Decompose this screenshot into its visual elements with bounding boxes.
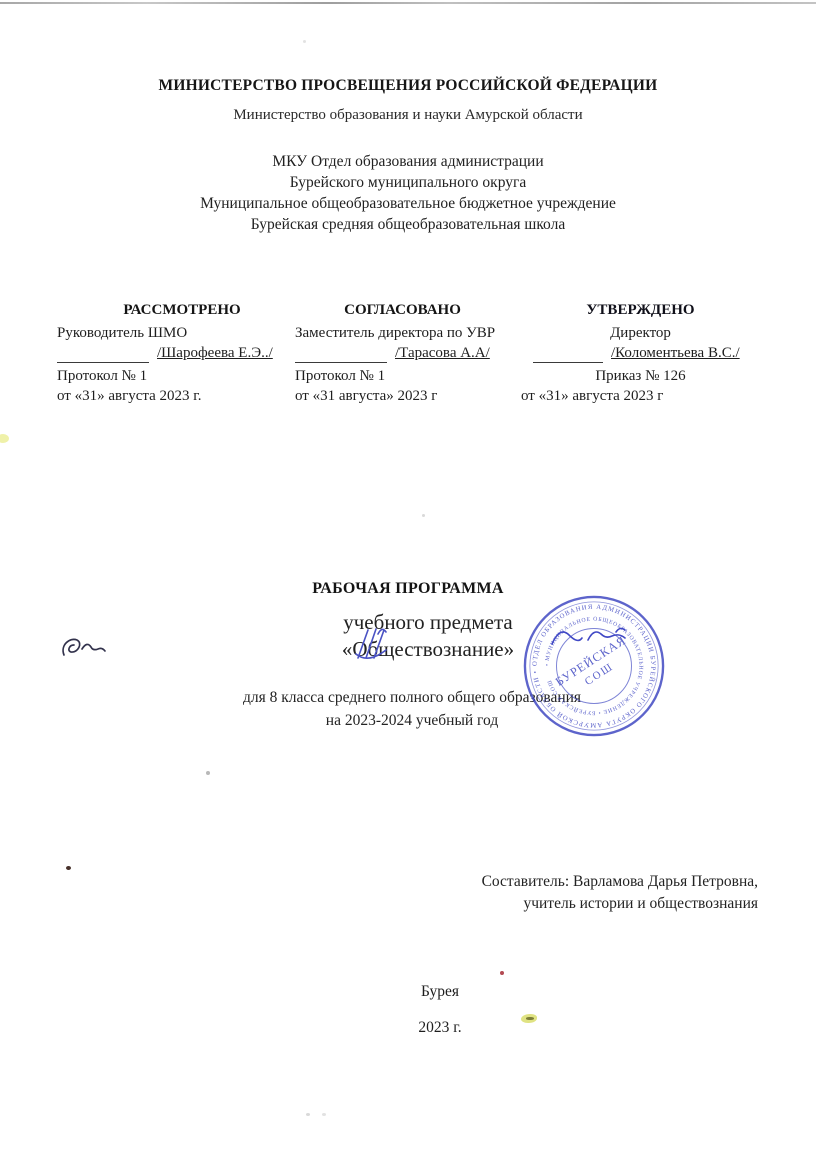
grade-line: для 8 класса среднего полного общего обр… <box>4 686 816 709</box>
scan-speck-faint-1 <box>306 1113 310 1116</box>
organization-block: МКУ Отдел образования администрации Буре… <box>0 151 816 235</box>
document-page: МИНИСТЕРСТВО ПРОСВЕЩЕНИЯ РОССИЙСКОЙ ФЕДЕ… <box>0 0 816 1162</box>
agreed-doc: Протокол № 1 <box>295 366 510 386</box>
composer-role-line: учитель истории и обществознания <box>482 893 758 915</box>
scan-speck-faint-3 <box>422 514 425 517</box>
approved-signature-row: /Коломентьева В.С./ <box>533 343 748 366</box>
approved-doc: Приказ № 126 <box>533 366 748 386</box>
approved-date: от «31» августа 2023 г <box>521 386 748 406</box>
school-year-line: на 2023-2024 учебный год <box>4 709 816 732</box>
footer-city: Бурея <box>32 983 816 1001</box>
agreed-date: от «31 августа» 2023 г <box>295 386 510 406</box>
approval-col-approved: УТВЕРЖДЕНО Директор /Коломентьева В.С./ … <box>533 300 748 406</box>
reviewed-date: от «31» августа 2023 г. <box>57 386 307 406</box>
agreed-signature-line <box>295 345 387 363</box>
reviewed-role: Руководитель ШМО <box>57 323 307 343</box>
agreed-signer-name: /Тарасова А.А/ <box>395 345 490 361</box>
agreed-signature-row: /Тарасова А.А/ <box>295 343 510 366</box>
reviewed-signer-name: /Шарофеева Е.Э../ <box>157 345 273 361</box>
scan-speck-red <box>500 971 504 975</box>
approved-signer-name: /Коломентьева В.С./ <box>611 345 740 361</box>
approved-signature-line <box>533 345 603 363</box>
org-line-4: Бурейская средняя общеобразовательная шк… <box>0 214 816 235</box>
scan-speck-gray <box>206 771 210 775</box>
approval-block: РАССМОТРЕНО Руководитель ШМО /Шарофеева … <box>0 300 816 420</box>
approved-heading: УТВЕРЖДЕНО <box>533 300 748 320</box>
agreed-role: Заместитель директора по УВР <box>295 323 510 343</box>
reviewed-doc: Протокол № 1 <box>57 366 307 386</box>
org-line-2: Бурейского муниципального округа <box>0 172 816 193</box>
scan-speck-yellow-core <box>526 1017 534 1020</box>
reviewed-heading: РАССМОТРЕНО <box>57 300 307 320</box>
approval-col-agreed: СОГЛАСОВАНО Заместитель директора по УВР… <box>295 300 510 406</box>
subject-line-2: «Обществознание» <box>20 636 816 663</box>
footer-year: 2023 г. <box>32 1019 816 1037</box>
scan-speck-faint-2 <box>322 1113 326 1116</box>
ministry-title: МИНИСТЕРСТВО ПРОСВЕЩЕНИЯ РОССИЙСКОЙ ФЕДЕ… <box>0 77 816 95</box>
approval-col-reviewed: РАССМОТРЕНО Руководитель ШМО /Шарофеева … <box>57 300 307 406</box>
stamp-center-abbr: СОШ <box>583 661 616 688</box>
grade-block: для 8 класса среднего полного общего обр… <box>4 686 816 732</box>
regional-ministry-line: Министерство образования и науки Амурско… <box>0 107 816 124</box>
org-line-3: Муниципальное общеобразовательное бюджет… <box>0 193 816 214</box>
scan-speck-faint-4 <box>303 40 306 43</box>
scan-artifact-line <box>0 2 816 4</box>
reviewed-signature-line <box>57 345 149 363</box>
org-line-1: МКУ Отдел образования администрации <box>0 151 816 172</box>
scan-speck-yellow-left <box>0 434 9 443</box>
document-title: РАБОЧАЯ ПРОГРАММА <box>0 580 816 598</box>
reviewed-signature-row: /Шарофеева Е.Э../ <box>57 343 307 366</box>
scan-speck-dark <box>66 866 71 870</box>
agreed-heading: СОГЛАСОВАНО <box>295 300 510 320</box>
approved-role: Директор <box>533 323 748 343</box>
composer-name-line: Составитель: Варламова Дарья Петровна, <box>482 871 758 893</box>
composer-block: Составитель: Варламова Дарья Петровна, у… <box>482 871 758 914</box>
subject-line-1: учебного предмета <box>20 609 816 636</box>
subject-block: учебного предмета «Обществознание» <box>20 609 816 663</box>
